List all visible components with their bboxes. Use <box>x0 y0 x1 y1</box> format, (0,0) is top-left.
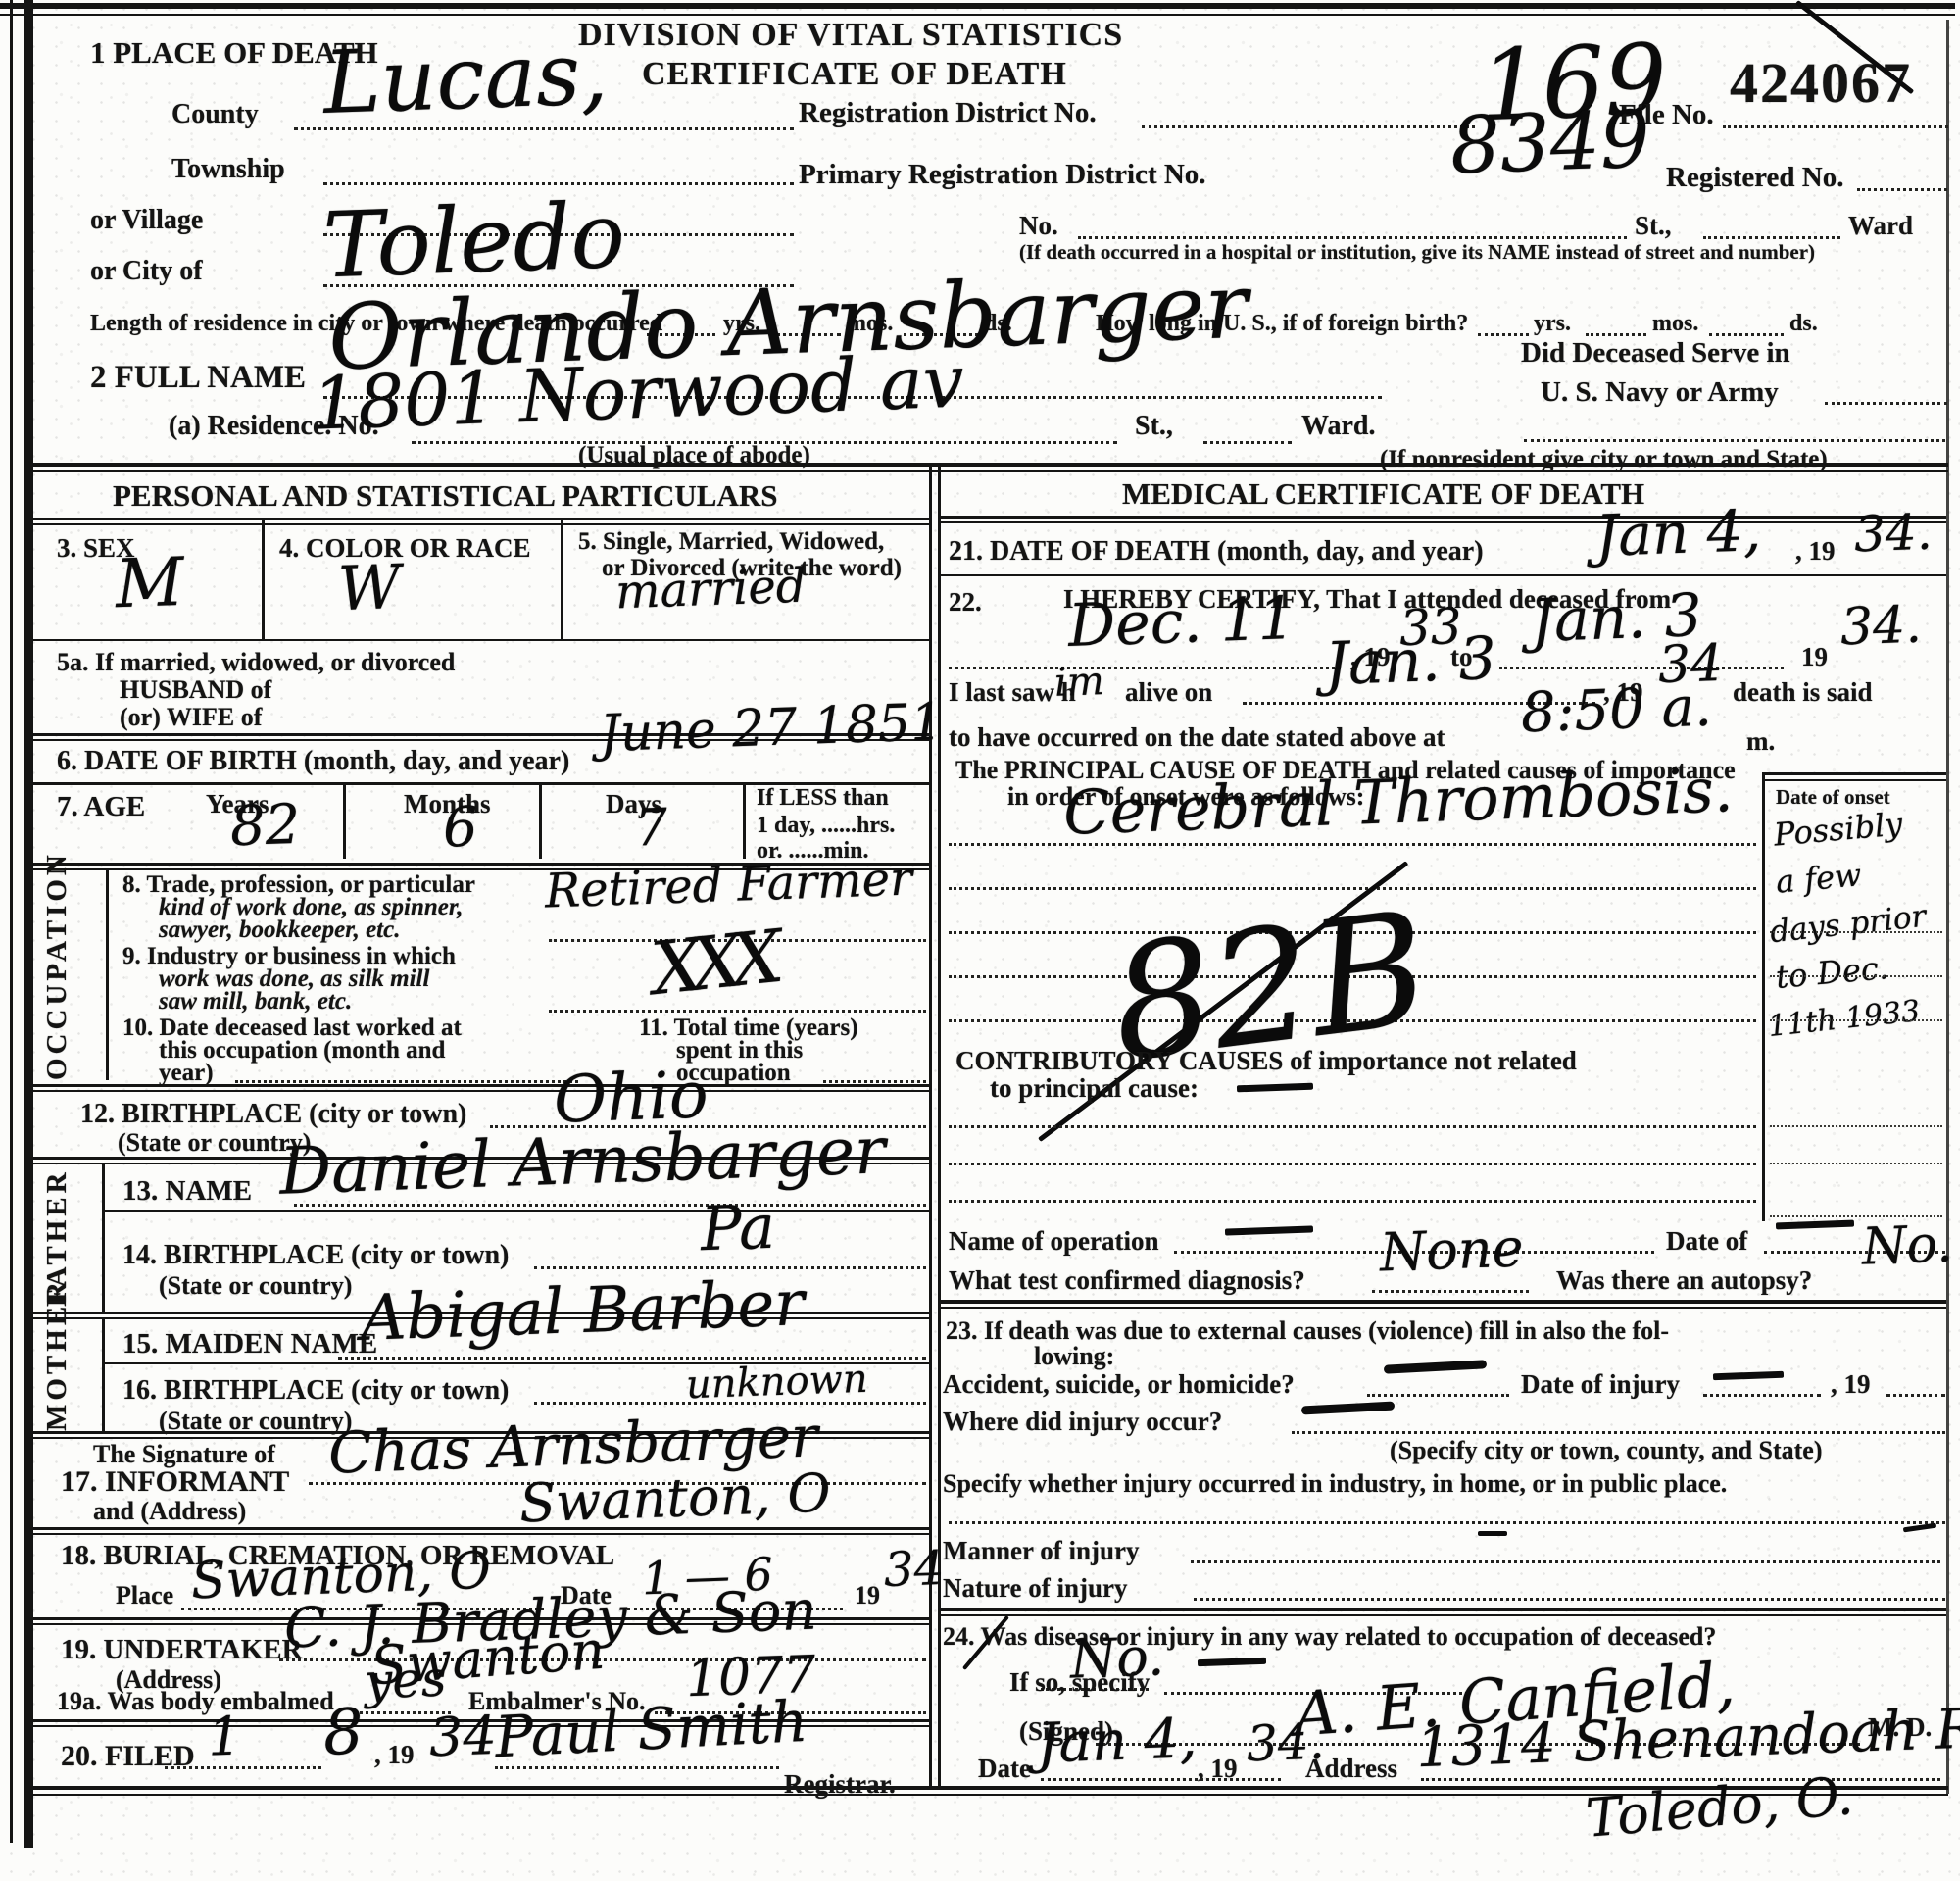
foreign-ds: ds. <box>1789 312 1818 336</box>
header-bottom-rule-1 <box>29 463 1948 467</box>
accident-label: Accident, suicide, or homicide? <box>943 1370 1295 1398</box>
sex-value: M <box>115 553 185 616</box>
row20-month-value: 8 <box>322 1705 365 1762</box>
medical-header-rule-2 <box>941 521 1946 523</box>
contributory-dash <box>1237 1083 1313 1093</box>
row14-sub: (State or country) <box>159 1272 352 1299</box>
city-value: Toledo <box>322 196 626 287</box>
registered-no-label: Registered No. <box>1666 163 1843 192</box>
accident-dash <box>1384 1360 1487 1373</box>
where-injury-dash <box>1301 1402 1395 1415</box>
row17-line3: and (Address) <box>93 1498 246 1524</box>
row13-label: 13. NAME <box>122 1176 252 1206</box>
row14-value: Pa <box>700 1200 776 1257</box>
division-title: DIVISION OF VITAL STATISTICS <box>578 18 1123 53</box>
contributory-2: to principal cause: <box>990 1074 1199 1102</box>
date-of-death-19: , 19 <box>1795 537 1836 565</box>
row14-label: 14. BIRTHPLACE (city or town) <box>122 1241 509 1269</box>
foreign-line1 <box>1478 333 1529 336</box>
specify-where-text: Specify whether injury occurred in indus… <box>943 1470 1727 1497</box>
nonresident-note: (If nonresident give city or town and St… <box>1380 447 1828 472</box>
row9-answer-line <box>549 1010 926 1013</box>
dob-label: 6. DATE OF BIRTH (month, day, and year) <box>57 747 569 775</box>
row20-day-value: 1 <box>207 1712 242 1761</box>
contributory-1: CONTRIBUTORY CAUSES of importance not re… <box>955 1047 1577 1074</box>
occupation-side-label: OCCUPATION <box>41 870 73 1080</box>
full-name-label: 2 FULL NAME <box>90 361 306 395</box>
primary-registration-value: 8349 <box>1449 104 1651 181</box>
contrib-line-3 <box>949 1200 1756 1203</box>
row23-line2: lowing: <box>1034 1343 1114 1369</box>
personal-header: PERSONAL AND STATISTICAL PARTICULARS <box>113 480 778 513</box>
age-divider-2 <box>539 782 542 859</box>
row20-19-label: , 19 <box>374 1741 415 1768</box>
lastsaw-text-3: death is said <box>1733 678 1873 706</box>
serve-label-1: Did Deceased Serve in <box>1521 338 1790 368</box>
less-than-1: If LESS than <box>757 786 889 811</box>
foreign-yrs: yrs. <box>1534 312 1571 336</box>
street-label: St., <box>1635 212 1672 239</box>
row18-19-label: 19 <box>855 1582 880 1609</box>
row15-value: Abigal Barber <box>360 1276 806 1348</box>
injury-date-label: Date of injury <box>1521 1370 1680 1398</box>
row20-year-value: 34 <box>428 1712 497 1762</box>
occurred-text: to have occurred on the date stated abov… <box>949 723 1445 751</box>
manner-tick <box>1478 1531 1507 1536</box>
less-than-2: 1 day, ......hrs. <box>757 814 895 838</box>
right-border <box>1946 20 1949 1794</box>
row15-label: 15. MAIDEN NAME <box>122 1329 377 1359</box>
specify-where-line <box>949 1521 1945 1524</box>
row23-bottom-2 <box>941 1614 1946 1616</box>
row19a-label: 19a. Was body embalmed <box>57 1688 334 1714</box>
row12-label: 12. BIRTHPLACE (city or town) <box>80 1100 466 1128</box>
cert-address-value: 1314 Shenandoah Rd., <box>1415 1703 1960 1774</box>
marital-value: married <box>614 566 807 615</box>
row16-value: unknown <box>685 1361 868 1403</box>
dob-value: June 27 1851 <box>599 700 944 758</box>
street-no-line <box>1078 236 1627 239</box>
cert-date-line <box>1041 1778 1281 1781</box>
operation-label: Name of operation <box>949 1227 1158 1255</box>
registrar-signature: Paul Smith <box>494 1696 809 1763</box>
cert-date-label: Date <box>978 1755 1031 1782</box>
row5a-line1: 5a. If married, widowed, or divorced <box>57 649 455 675</box>
onset-line-2 <box>1770 975 1942 977</box>
test-bottom-2 <box>941 1307 1946 1309</box>
race-label: 4. COLOR OR RACE <box>279 534 531 562</box>
mother-side-rule <box>102 1319 105 1431</box>
row13-bottom <box>102 1210 929 1212</box>
mother-side-label: MOTHER <box>41 1319 73 1431</box>
manner-tick-2 <box>1903 1523 1936 1533</box>
residence-value: 1801 Norwood av <box>311 349 965 437</box>
street-line2 <box>1703 236 1840 239</box>
ifso-label: If so, specify <box>1009 1668 1150 1696</box>
row345-divider-2 <box>561 518 563 639</box>
lastsaw-value: Jan. 3 <box>1324 632 1497 691</box>
row10-answer-line <box>235 1080 578 1083</box>
injury-date-dash <box>1713 1371 1784 1381</box>
occupation-bottom-2 <box>29 1090 929 1092</box>
header-bottom-rule-2 <box>29 470 1948 472</box>
foreign-line3 <box>1709 333 1784 336</box>
top-border-thick <box>0 3 1955 9</box>
primary-registration-label: Primary Registration District No. <box>799 160 1206 189</box>
onset-box-divider <box>1762 772 1765 1221</box>
row19a-value: yes <box>364 1658 447 1705</box>
certify-to-year: 34. <box>1839 603 1922 652</box>
onset-box-top-2 <box>1764 779 1946 781</box>
contrib-line-1 <box>949 1125 1756 1128</box>
onset-value-line1: Possibly <box>1773 810 1903 849</box>
row17-value2: Swanton, O <box>518 1469 831 1528</box>
row8-value: Retired Farmer <box>544 858 912 913</box>
accident-line <box>1367 1394 1509 1397</box>
row19-label: 19. UNDERTAKER <box>61 1635 303 1664</box>
county-label: County <box>171 100 259 128</box>
residence-st-label: St., <box>1135 412 1173 440</box>
ward-label: Ward <box>1848 212 1913 239</box>
operation-dash <box>1225 1225 1313 1235</box>
nonresident-line <box>1524 439 1945 442</box>
row10-line3: year) <box>159 1061 214 1086</box>
occupation-bottom-1 <box>29 1084 929 1087</box>
village-label: or Village <box>90 206 203 234</box>
age-divider-3 <box>743 782 746 859</box>
principal-cause-value: Cerebral Thrombosis. <box>1062 763 1734 841</box>
row5a-line3: (or) WIFE of <box>120 704 262 730</box>
left-border-inner <box>24 0 33 1848</box>
date-of-death-value: Jan 4, <box>1594 505 1762 562</box>
registered-no-line <box>1857 188 1947 191</box>
cert-address-value2: Toledo, O. <box>1584 1772 1854 1843</box>
contrib-line-2 <box>949 1163 1756 1165</box>
county-value: Lucas, <box>322 34 610 122</box>
row16-label: 16. BIRTHPLACE (city or town) <box>122 1376 509 1405</box>
autopsy-label: Was there an autopsy? <box>1556 1266 1812 1294</box>
cause-line-1 <box>949 843 1756 846</box>
medical-header-rule-1 <box>941 516 1946 519</box>
nature-line <box>1194 1598 1945 1601</box>
lastsaw-im: im <box>1053 664 1104 701</box>
date-of-death-year: 34. <box>1853 511 1933 558</box>
row17-bottom-2 <box>29 1533 929 1535</box>
foreign-mos: mos. <box>1652 312 1698 336</box>
race-value: W <box>337 560 402 617</box>
injury-year-line <box>1886 1394 1945 1397</box>
certify-from-value: Dec. 11 <box>1067 592 1296 653</box>
row23-line1: 23. If death was due to external causes … <box>946 1317 1669 1344</box>
row17-line2: 17. INFORMANT <box>61 1466 289 1498</box>
ifso-dash <box>1198 1658 1266 1666</box>
age-divider-1 <box>343 782 346 859</box>
onset-line-1 <box>1770 931 1942 933</box>
row17-bottom-1 <box>29 1527 929 1530</box>
row21-bottom <box>941 574 1946 576</box>
row22-number: 22. <box>949 588 982 616</box>
occupation-side-rule <box>106 870 109 1080</box>
father-side-rule <box>102 1164 105 1312</box>
specify-city-note: (Specify city or town, county, and State… <box>1390 1437 1823 1463</box>
row11-answer-line <box>823 1080 926 1083</box>
foreign-line2 <box>1586 333 1646 336</box>
contrib-line-2r <box>1770 1163 1942 1164</box>
personal-header-rule-1 <box>29 518 929 520</box>
row18-year-value: 34 <box>883 1548 945 1592</box>
residence-ward-line <box>1203 441 1292 444</box>
onset-value-line3: days prior <box>1769 904 1928 947</box>
onset-box-top-1 <box>1764 772 1946 775</box>
row17-line1: The Signature of <box>93 1441 275 1467</box>
operation-date-dash <box>1776 1220 1854 1230</box>
left-border-outer <box>10 0 13 1843</box>
contrib-line-1r <box>1770 1125 1942 1127</box>
onset-value-line4: to Dec. <box>1775 954 1889 992</box>
onset-label: Date of onset <box>1776 786 1890 808</box>
autopsy-value: No. <box>1861 1221 1953 1270</box>
onset-value-line2: a few <box>1775 861 1863 896</box>
age-label: 7. AGE <box>57 792 145 821</box>
row9-line3: saw mill, bank, etc. <box>159 989 352 1015</box>
serve-line <box>1825 402 1947 405</box>
onset-line-3 <box>1770 1019 1942 1021</box>
test-bottom-1 <box>941 1300 1946 1304</box>
meridiem-label: m. <box>1746 727 1775 755</box>
death-certificate-scan: DIVISION OF VITAL STATISTICS CERTIFICATE… <box>0 0 1960 1881</box>
personal-header-rule-2 <box>29 523 929 525</box>
serve-label-2: U. S. Navy or Army <box>1541 377 1779 407</box>
row20-line1 <box>165 1766 321 1769</box>
file-no-line <box>1723 125 1948 128</box>
row5a-line2: HUSBAND of <box>120 676 271 703</box>
cert-date-value: Jan 4, <box>1036 1714 1198 1769</box>
where-injury-label: Where did injury occur? <box>943 1408 1222 1435</box>
medical-header: MEDICAL CERTIFICATE OF DEATH <box>1122 478 1644 511</box>
nature-label: Nature of injury <box>943 1574 1128 1602</box>
date-of-death-label: 21. DATE OF DEATH (month, day, and year) <box>949 537 1484 566</box>
certify-to-line <box>1499 667 1784 669</box>
registration-district-label: Registration District No. <box>799 98 1097 127</box>
residence-ward-label: Ward. <box>1301 412 1375 440</box>
lastsaw-text-2: alive on <box>1125 678 1212 706</box>
cert-address-label: Address <box>1305 1755 1397 1782</box>
row14-answer-line <box>534 1266 926 1269</box>
manner-line <box>1191 1560 1940 1563</box>
age-months-value: 6 <box>442 803 478 854</box>
certify-from-line <box>949 667 1341 669</box>
injury-date-line <box>1703 1394 1821 1397</box>
test-value: None <box>1379 1224 1524 1277</box>
township-label: Township <box>171 155 285 183</box>
row13-value: Daniel Arnsbarger <box>278 1121 886 1201</box>
time-of-death-value: 8:50 a. <box>1520 683 1712 739</box>
file-no-value: 424067 <box>1730 54 1912 114</box>
manner-label: Manner of injury <box>943 1537 1140 1564</box>
row8-line3: sawyer, bookkeeper, etc. <box>159 917 400 943</box>
test-line <box>1372 1290 1529 1293</box>
age-years-value: 82 <box>229 801 301 853</box>
certificate-title: CERTIFICATE OF DEATH <box>642 57 1067 92</box>
street-no-label: No. <box>1019 212 1058 239</box>
row345-bottom <box>29 639 929 641</box>
row9-value: XXX <box>649 925 774 1003</box>
row18-place-label: Place <box>116 1582 173 1609</box>
operation-date-label: Date of <box>1666 1227 1747 1255</box>
top-border-thin <box>0 14 1955 16</box>
test-label: What test confirmed diagnosis? <box>949 1266 1305 1294</box>
row24-label: 24. Was disease or injury in any way rel… <box>943 1623 1716 1650</box>
marital-label-1: 5. Single, Married, Widowed, <box>578 529 884 555</box>
city-label: or City of <box>90 257 203 285</box>
where-injury-line <box>1292 1431 1945 1434</box>
injury-19-label: , 19 <box>1831 1370 1871 1398</box>
certify-to-19: 19 <box>1801 643 1828 670</box>
registration-district-line <box>1142 125 1475 128</box>
row345-divider-1 <box>262 518 265 639</box>
row23-bottom-1 <box>941 1608 1946 1611</box>
age-days-value: 7 <box>634 805 668 852</box>
